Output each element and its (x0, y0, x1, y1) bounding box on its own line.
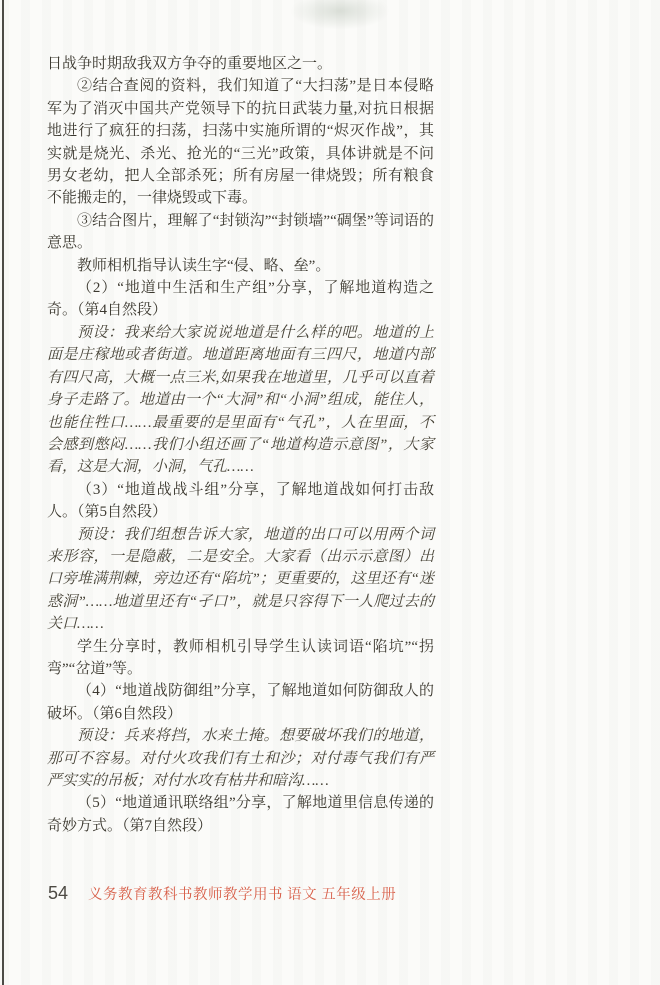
body-paragraph: （3）“地道战战斗组”分享，了解地道战如何打击敌人。（第5自然段） (47, 479, 434, 524)
footer-book-title: 义务教育教科书教师教学用书 语文 五年级上册 (88, 883, 396, 904)
body-paragraph: 教师相机指导认读生字“侵、略、垒”。 (47, 255, 434, 277)
page-number: 54 (48, 883, 68, 904)
page-footer: 54 义务教育教科书教师教学用书 语文 五年级上册 (48, 883, 608, 904)
preset-paragraph: 预设：兵来将挡，水来土掩。想要破坏我们的地道，那可不容易。对付火攻我们有土和沙；… (47, 725, 434, 792)
body-paragraph: ②结合查阅的资料，我们知道了“大扫荡”是日本侵略军为了消灭中国共产党领导下的抗日… (47, 75, 434, 209)
scan-smudge (290, 0, 390, 30)
page-body-text: 日战争时期敌我双方争夺的重要地区之一。②结合查阅的资料，我们知道了“大扫荡”是日… (47, 53, 434, 837)
body-paragraph: 学生分享时，教师相机引导学生认读词语“陷坑”“拐弯”“岔道”等。 (47, 636, 434, 681)
body-paragraph: （4）“地道战防御组”分享，了解地道如何防御敌人的破坏。（第6自然段） (47, 680, 434, 725)
body-paragraph: ③结合图片，理解了“封锁沟”“封锁墙”“碉堡”等词语的意思。 (47, 210, 434, 255)
preset-paragraph: 预设：我来给大家说说地道是什么样的吧。地道的上面是庄稼地或者街道。地道距离地面有… (47, 322, 434, 479)
body-paragraph: （2）“地道中生活和生产组”分享，了解地道构造之奇。（第4自然段） (47, 277, 434, 322)
body-paragraph: 日战争时期敌我双方争夺的重要地区之一。 (47, 53, 434, 75)
body-paragraph: （5）“地道通讯联络组”分享，了解地道里信息传递的奇妙方式。（第7自然段） (47, 792, 434, 837)
preset-paragraph: 预设：我们组想告诉大家，地道的出口可以用两个词来形容，一是隐蔽，二是安全。大家看… (47, 524, 434, 636)
page-left-edge-line (2, 0, 4, 985)
